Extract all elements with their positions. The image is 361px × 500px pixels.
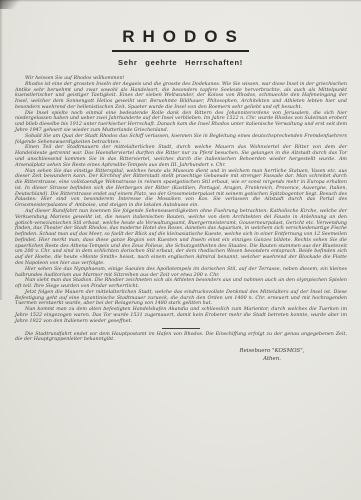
signature-line-company: Reisebuero "KOSMOS", <box>187 348 357 355</box>
paragraph: Rhodos ist eine der grossten Inseln der … <box>15 82 347 111</box>
paragraph: Nun sieht man das Stadion. Die Rhodier z… <box>15 278 347 290</box>
paragraph: Hier sehen Sie das Nymphaeum, einige Sae… <box>15 267 347 279</box>
paragraph: Einen Teil der Stadtmauern der mittelalt… <box>15 145 347 168</box>
signature-line-city: Athen. <box>187 356 357 363</box>
title-wrap: RHODOS <box>0 0 361 52</box>
scan-corner-artifact <box>0 0 26 9</box>
scanned-letter: RHODOS Sehr geehrte Herrschaften! Wir he… <box>0 0 361 500</box>
letter-body: Wir heissen Sie auf Rhodos willkommen! R… <box>15 76 347 363</box>
paragraph: Nun sehen Sie das einstige Ritterspital,… <box>15 169 347 209</box>
scan-edge-artifact <box>0 0 361 2</box>
page-title: RHODOS <box>112 27 249 52</box>
section-divider <box>162 328 200 329</box>
paragraph: Auf dieser Rundfahrt nun koennen Sie fol… <box>15 209 347 267</box>
paragraph: Jetzt folgen die Mauern der mittelalterl… <box>15 290 347 307</box>
paragraph: Nun kommt man zu dem alten befestigten H… <box>15 307 347 324</box>
salutation: Sehr geehrte Herrschaften! <box>0 58 361 67</box>
signature-block: Reisebuero "KOSMOS", Athen. <box>187 348 357 363</box>
paragraph: Die Insel spielte noch einmal eine bedeu… <box>15 111 347 134</box>
scan-edge-artifact <box>0 0 3 300</box>
paragraph-closing-note: Die Stadtrundfahrt endet vor dem Hauptpo… <box>15 332 347 344</box>
paragraph: Sobald Sie am Quai der Stadt Rhodos das … <box>15 134 347 146</box>
